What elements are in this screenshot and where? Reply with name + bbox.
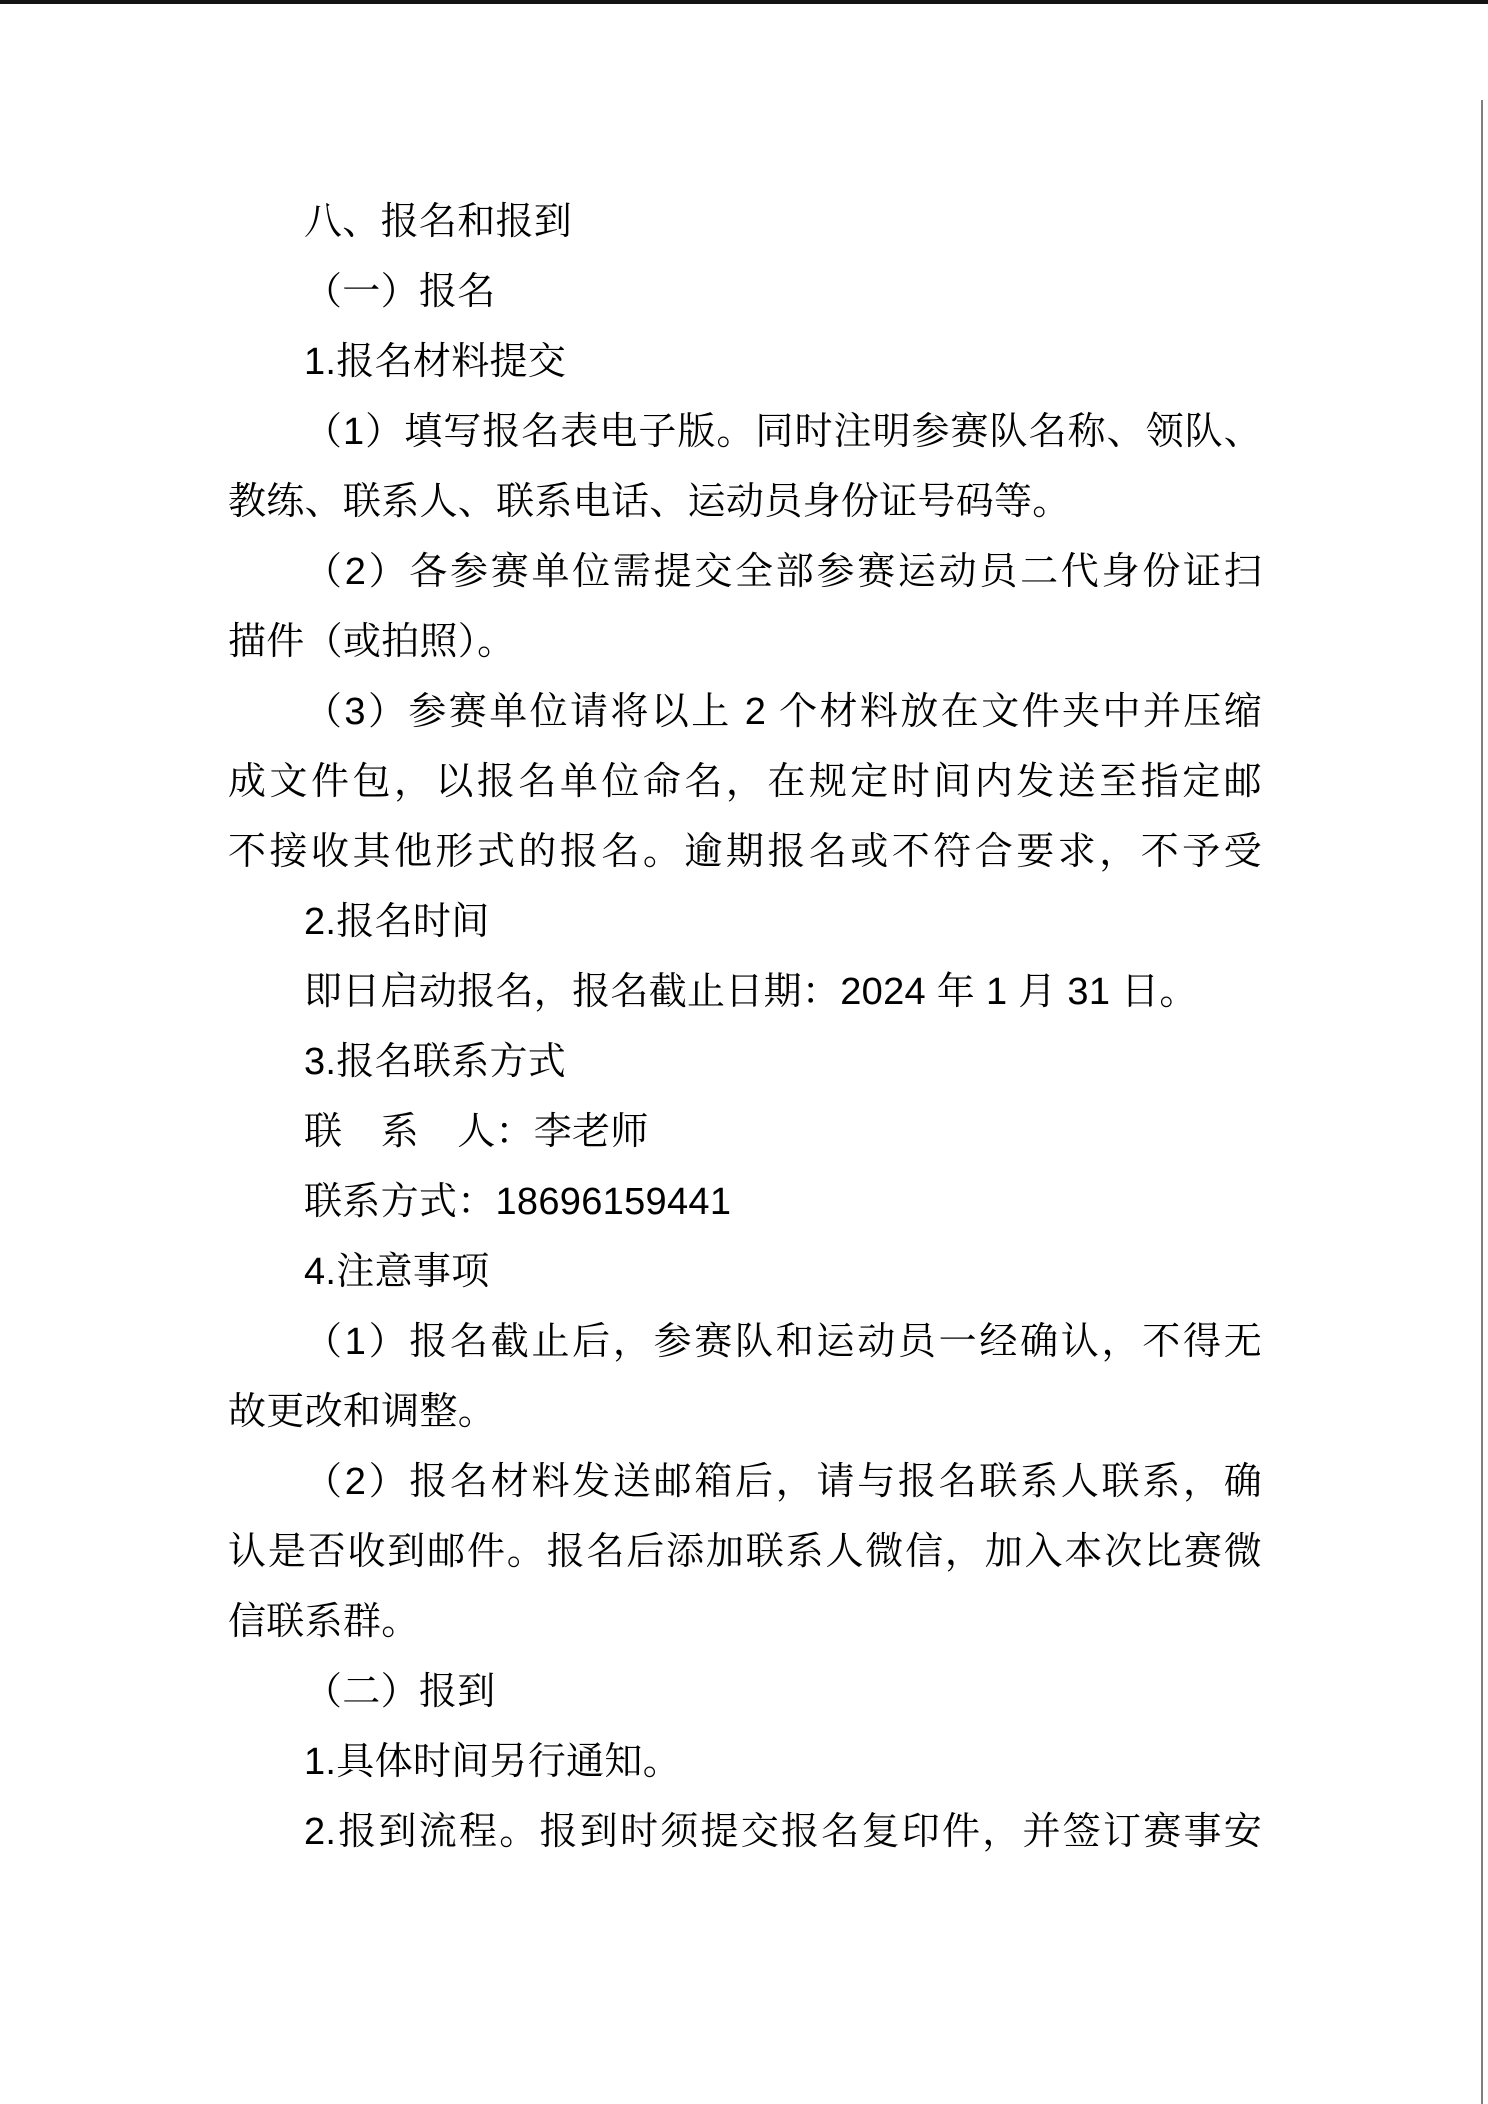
paragraph-line: 教练、联系人、联系电话、运动员身份证号码等。 — [228, 467, 1262, 537]
paragraph-line: （3）参赛单位请将以上 2 个材料放在文件夹中并压缩 — [228, 677, 1262, 747]
paragraph-line: （1）报名截止后，参赛队和运动员一经确认，不得无 — [228, 1307, 1262, 1377]
paragraph-line: 故更改和调整。 — [228, 1377, 1262, 1447]
paragraph-line: （2）各参赛单位需提交全部参赛运动员二代身份证扫 — [228, 537, 1262, 607]
numbered-heading-line: 4.注意事项 — [228, 1237, 1262, 1307]
top-edge-bar — [0, 0, 1488, 4]
contact-person-line: 联 系 人：李老师 — [228, 1097, 1262, 1167]
numbered-heading-line: 3.报名联系方式 — [228, 1027, 1262, 1097]
numbered-heading-line: 1.报名材料提交 — [228, 327, 1262, 397]
paragraph-line: （2）报名材料发送邮箱后，请与报名联系人联系，确 — [228, 1447, 1262, 1517]
paragraph-line: 不接收其他形式的报名。逾期报名或不符合要求，不予受理。 — [228, 817, 1262, 887]
page-right-edge-line — [1481, 100, 1483, 2104]
contact-phone-line: 联系方式：18696159441 — [228, 1167, 1262, 1237]
paragraph-line: 2.报到流程。报到时须提交报名复印件，并签订赛事安 — [228, 1797, 1262, 1867]
paragraph-line: 成文件包，以报名单位命名，在规定时间内发送至指定邮箱， — [228, 747, 1262, 817]
numbered-heading-line: 2.报名时间 — [228, 887, 1262, 957]
paragraph-line: 认是否收到邮件。报名后添加联系人微信，加入本次比赛微 — [228, 1517, 1262, 1587]
section-heading-line: 八、报名和报到 — [228, 187, 1262, 257]
paragraph-line: 信联系群。 — [228, 1587, 1262, 1657]
document-body: 八、报名和报到 （一）报名 1.报名材料提交 （1）填写报名表电子版。同时注明参… — [228, 187, 1262, 1867]
paragraph-line: 描件（或拍照）。 — [228, 607, 1262, 677]
paragraph-line: 即日启动报名，报名截止日期：2024 年 1 月 31 日。 — [228, 957, 1262, 1027]
paragraph-line: （1）填写报名表电子版。同时注明参赛队名称、领队、 — [228, 397, 1262, 467]
subsection-heading-line: （二）报到 — [228, 1657, 1262, 1727]
numbered-heading-line: 1.具体时间另行通知。 — [228, 1727, 1262, 1797]
subsection-heading-line: （一）报名 — [228, 257, 1262, 327]
